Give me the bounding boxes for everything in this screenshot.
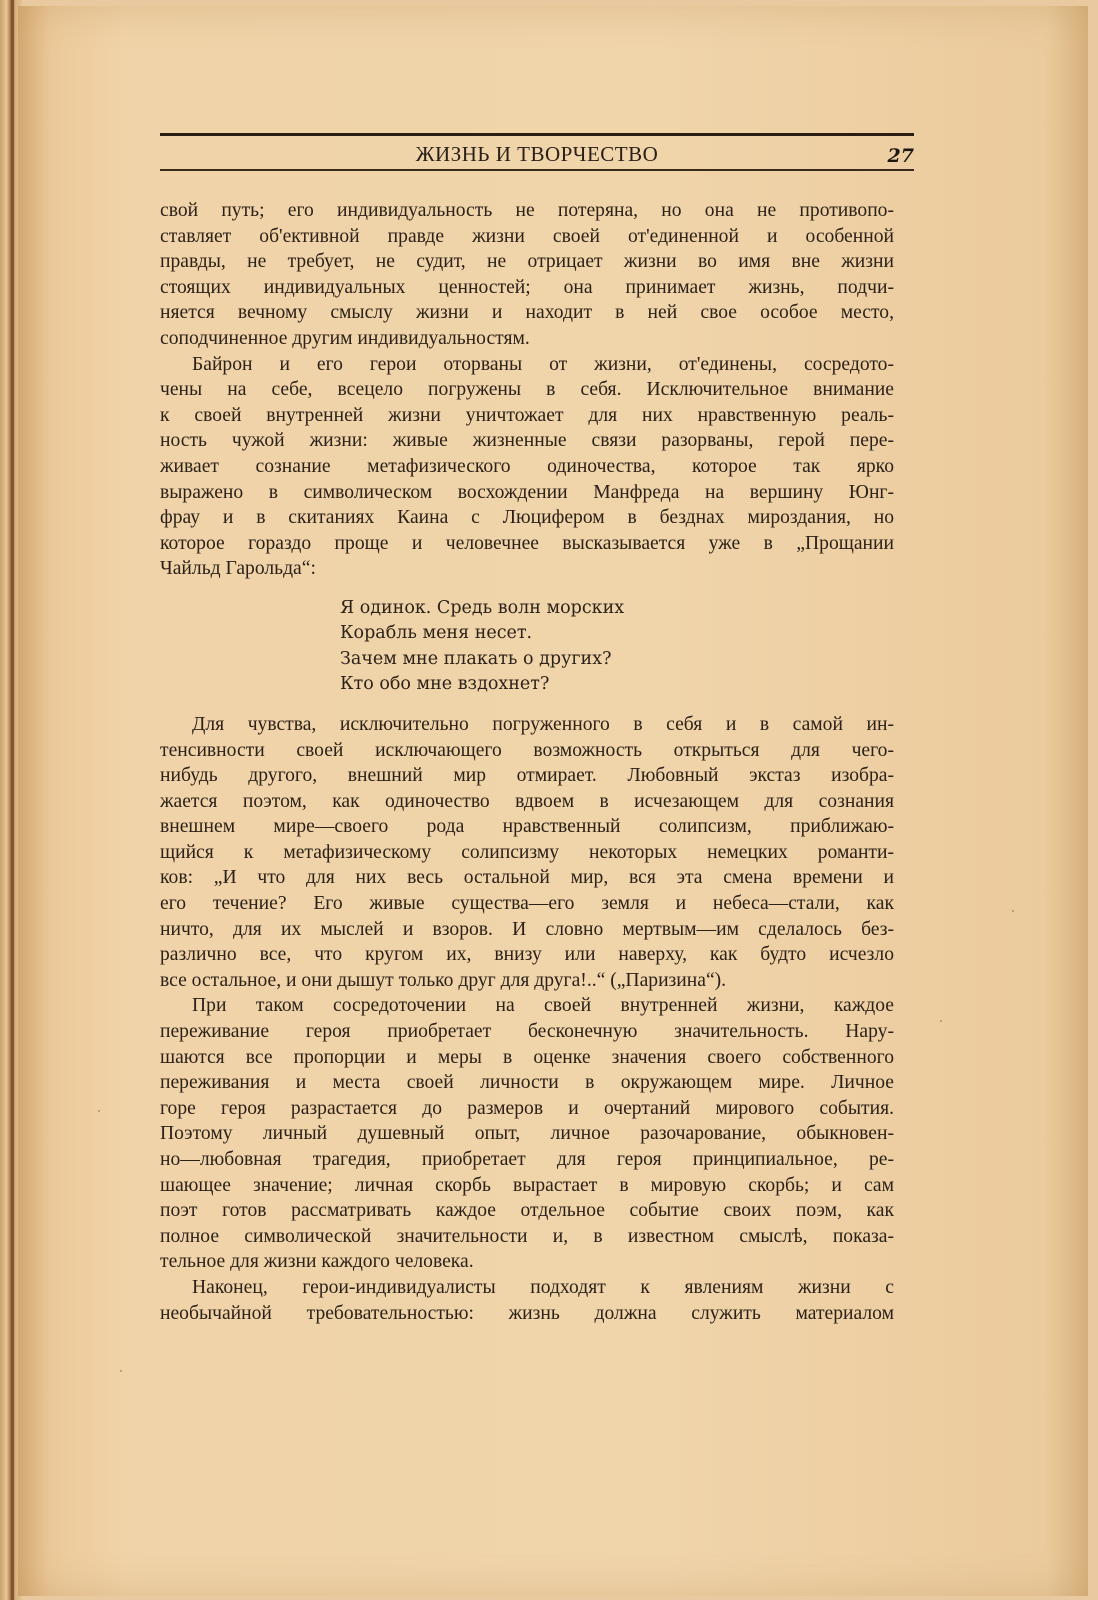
header-rule-top — [160, 133, 914, 136]
text-line: переживание героя приобретает бесконечну… — [160, 1019, 894, 1045]
text-line: но—любовная трагедия, приобретает для ге… — [160, 1147, 894, 1173]
paragraph-3: Для чувства, исключительно погруженного … — [160, 712, 894, 994]
text-line: внешнем мире—своего рода нравственный со… — [160, 814, 894, 840]
text-line: необычайной требовательностью: жизнь дол… — [160, 1301, 894, 1327]
text-line: няется вечному смыслу жизни и находит в … — [160, 300, 894, 326]
text-line: выражено в символическом восхождении Ман… — [160, 480, 894, 506]
text-line: тельное для жизни каждого человека. — [160, 1249, 894, 1275]
text-line: чены на себе, всецело погружены в себя. … — [160, 377, 894, 403]
text-line: ставляет об'ективной правде жизни своей … — [160, 224, 894, 250]
body-text: свой путь; его индивидуальность не потер… — [160, 198, 894, 1326]
text-line: полное символической значительности и, в… — [160, 1224, 894, 1250]
text-line: свой путь; его индивидуальность не потер… — [160, 198, 894, 224]
header-rule-bottom — [160, 169, 914, 171]
paper-speck — [940, 1020, 942, 1022]
poem-quote: Я одинок. Средь волн морских Корабль мен… — [340, 596, 894, 698]
text-line: тенсивности своей исключающего возможнос… — [160, 738, 894, 764]
text-line: различно все, что кругом их, внизу или н… — [160, 942, 894, 968]
text-line: ность чужой жизни: живые жизненные связи… — [160, 428, 894, 454]
text-line: Чайльд Гарольда“: — [160, 556, 894, 582]
text-line: жается поэтом, как одиночество вдвоем в … — [160, 789, 894, 815]
text-line: Наконец, герои-индивидуалисты подходят к… — [160, 1275, 894, 1301]
paragraph-4: При таком сосредоточении на своей внутре… — [160, 993, 894, 1275]
text-line: нибудь другого, внешний мир отмирает. Лю… — [160, 763, 894, 789]
paragraph-2: Байрон и его герои оторваны от жизни, от… — [160, 352, 894, 582]
text-line: ничто, для их мыслей и взоров. И словно … — [160, 917, 894, 943]
running-header: ЖИЗНЬ И ТВОРЧЕСТВО 27 — [160, 133, 914, 173]
text-line: Поэтому личный душевный опыт, личное раз… — [160, 1121, 894, 1147]
poem-verse: Зачем мне плакать о других? — [340, 647, 894, 673]
poem-verse: Я одинок. Средь волн морских — [340, 596, 894, 622]
text-line: соподчиненное другим индивидуальностям. — [160, 326, 894, 352]
text-line: которое гораздо проще и человечнее выска… — [160, 531, 894, 557]
text-line: щийся к метафизическому солипсизму некот… — [160, 840, 894, 866]
poem-verse: Кто обо мне вздохнет? — [340, 672, 894, 698]
paragraph-1: свой путь; его индивидуальность не потер… — [160, 198, 894, 352]
paragraph-5: Наконец, герои-индивидуалисты подходят к… — [160, 1275, 894, 1326]
text-line: поэт готов рассматривать каждое отдельно… — [160, 1198, 894, 1224]
running-title: ЖИЗНЬ И ТВОРЧЕСТВО — [160, 142, 914, 167]
text-line: шающее значение; личная скорбь вырастает… — [160, 1173, 894, 1199]
text-line: все остальное, и они дышут только друг д… — [160, 968, 894, 994]
text-line: переживания и места своей личности в окр… — [160, 1070, 894, 1096]
text-line: шаются все пропорции и меры в оценке зна… — [160, 1045, 894, 1071]
text-line: живает сознание метафизического одиночес… — [160, 454, 894, 480]
text-line: Для чувства, исключительно погруженного … — [160, 712, 894, 738]
text-line: ков: „И что для них весь остальной мир, … — [160, 865, 894, 891]
text-line: При таком сосредоточении на своей внутре… — [160, 993, 894, 1019]
text-line: стоящих индивидуальных ценностей; она пр… — [160, 275, 894, 301]
text-line: правды, не требует, не судит, не отрицае… — [160, 249, 894, 275]
text-line: фрау и в скитаниях Каина с Люцифером в б… — [160, 505, 894, 531]
text-line: Байрон и его герои оторваны от жизни, от… — [160, 352, 894, 378]
poem-verse: Корабль меня несет. — [340, 621, 894, 647]
text-line: горе героя разрастается до размеров и оч… — [160, 1096, 894, 1122]
spine-fold — [11, 0, 14, 1600]
text-line: к своей внутренней жизни уничтожает для … — [160, 403, 894, 429]
paper-speck — [1012, 910, 1014, 912]
paper-speck — [120, 1370, 122, 1372]
text-line: его течение? Его живые существа—его земл… — [160, 891, 894, 917]
page-number: 27 — [888, 145, 914, 167]
paper-speck — [98, 1110, 100, 1112]
